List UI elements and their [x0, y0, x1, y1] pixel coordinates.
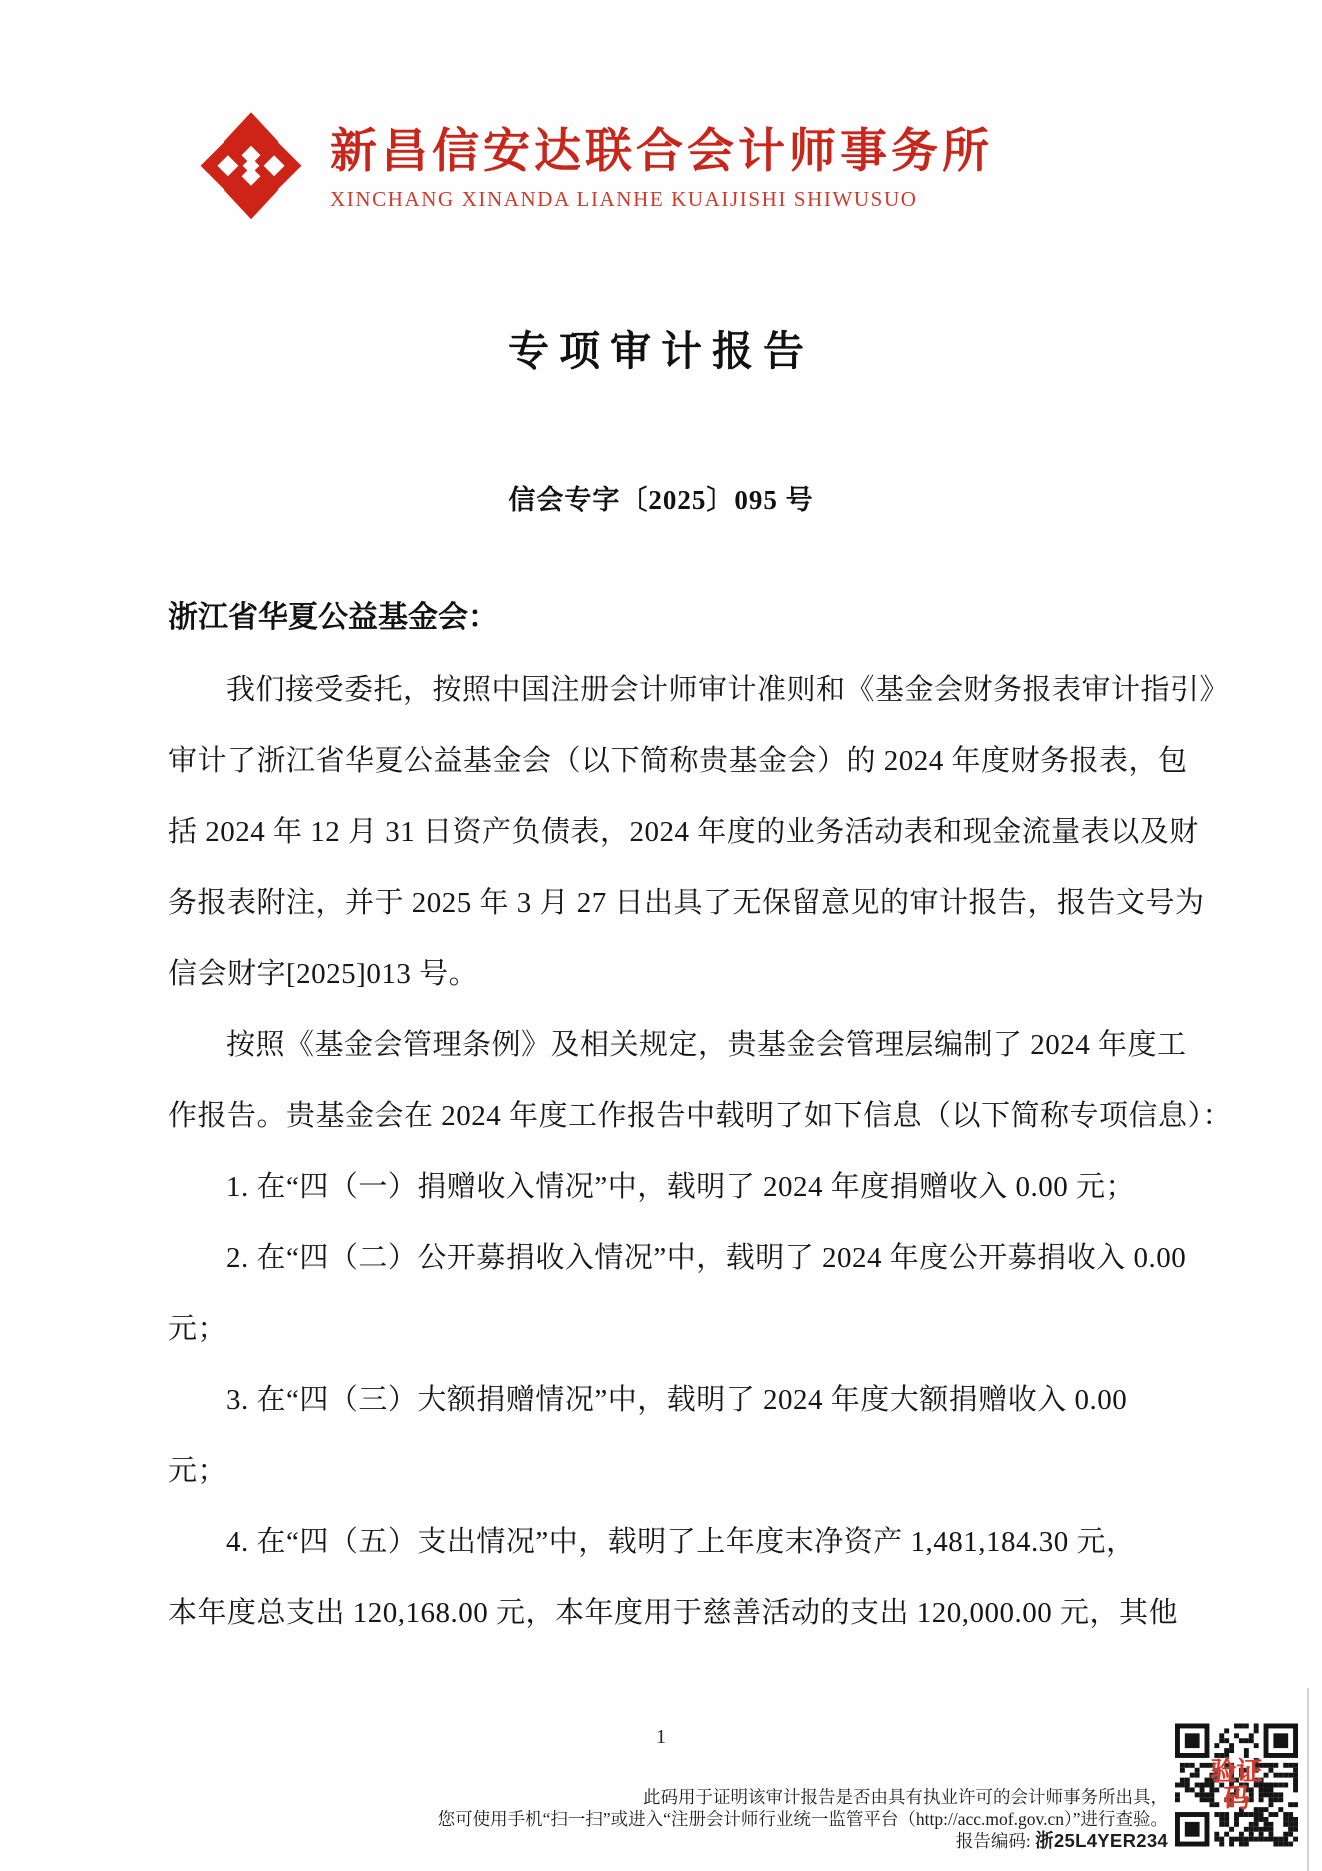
body-line: 按照《基金会管理条例》及相关规定，贵基金会管理层编制了 2024 年度工 [168, 1010, 1170, 1081]
body-line: 务报表附注，并于 2025 年 3 月 27 日出具了无保留意见的审计报告，报告… [168, 868, 1170, 939]
addressee: 浙江省华夏公益基金会： [168, 592, 498, 636]
report-code: 浙25L4YER234 [1035, 1830, 1168, 1851]
body-line: 审计了浙江省华夏公益基金会（以下简称贵基金会）的 2024 年度财务报表，包 [168, 726, 1170, 797]
firm-knot-logo-icon [188, 108, 314, 216]
report-code-label: 报告编码: [956, 1831, 1035, 1851]
verification-note-line2: 您可使用手机“扫一扫”或进入“注册会计师行业统一监管平台（http://acc.… [318, 1808, 1168, 1830]
report-title: 专项审计报告 [0, 318, 1322, 377]
body-line-item-1: 1. 在“四（一）捐赠收入情况”中，载明了 2024 年度捐赠收入 0.00 元… [168, 1152, 1170, 1223]
body-line-item-3: 3. 在“四（三）大额捐赠情况”中，载明了 2024 年度大额捐赠收入 0.00 [168, 1365, 1170, 1436]
report-body: 我们接受委托，按照中国注册会计师审计准则和《基金会财务报表审计指引》 审计了浙江… [168, 655, 1170, 1649]
firm-names: 新昌信安达联合会计师事务所 XINCHANG XINANDA LIANHE KU… [330, 108, 993, 212]
report-code-line: 报告编码: 浙25L4YER234 [318, 1830, 1168, 1852]
body-line: 括 2024 年 12 月 31 日资产负债表，2024 年度的业务活动表和现金… [168, 797, 1170, 868]
letterhead: 新昌信安达联合会计师事务所 XINCHANG XINANDA LIANHE KU… [188, 108, 993, 216]
verification-qr-code: 验证码 [1175, 1722, 1298, 1848]
verification-note-line1: 此码用于证明该审计报告是否由具有执业许可的会计师事务所出具， [318, 1786, 1168, 1808]
qr-overlay-label: 验证码 [1208, 1758, 1266, 1812]
reference-number: 信会专字〔2025〕095 号 [0, 478, 1322, 517]
page-number: 1 [0, 1726, 1322, 1749]
firm-name-english: XINCHANG XINANDA LIANHE KUAIJISHI SHIWUS… [330, 187, 993, 212]
body-line: 元； [168, 1294, 1170, 1365]
body-line: 本年度总支出 120,168.00 元，本年度用于慈善活动的支出 120,000… [168, 1578, 1170, 1649]
scan-edge-artifact [1307, 1688, 1309, 1871]
body-line: 我们接受委托，按照中国注册会计师审计准则和《基金会财务报表审计指引》 [168, 655, 1170, 726]
body-line-item-2: 2. 在“四（二）公开募捐收入情况”中，载明了 2024 年度公开募捐收入 0.… [168, 1223, 1170, 1294]
body-line-item-4: 4. 在“四（五）支出情况”中，载明了上年度末净资产 1,481,184.30 … [168, 1507, 1170, 1578]
body-line: 元； [168, 1436, 1170, 1507]
audit-report-page: 新昌信安达联合会计师事务所 XINCHANG XINANDA LIANHE KU… [0, 0, 1322, 1871]
verification-note: 此码用于证明该审计报告是否由具有执业许可的会计师事务所出具， 您可使用手机“扫一… [318, 1786, 1168, 1852]
firm-name-chinese: 新昌信安达联合会计师事务所 [330, 114, 993, 181]
body-line: 作报告。贵基金会在 2024 年度工作报告中载明了如下信息（以下简称专项信息）： [168, 1081, 1170, 1152]
body-line: 信会财字[2025]013 号。 [168, 939, 1170, 1010]
